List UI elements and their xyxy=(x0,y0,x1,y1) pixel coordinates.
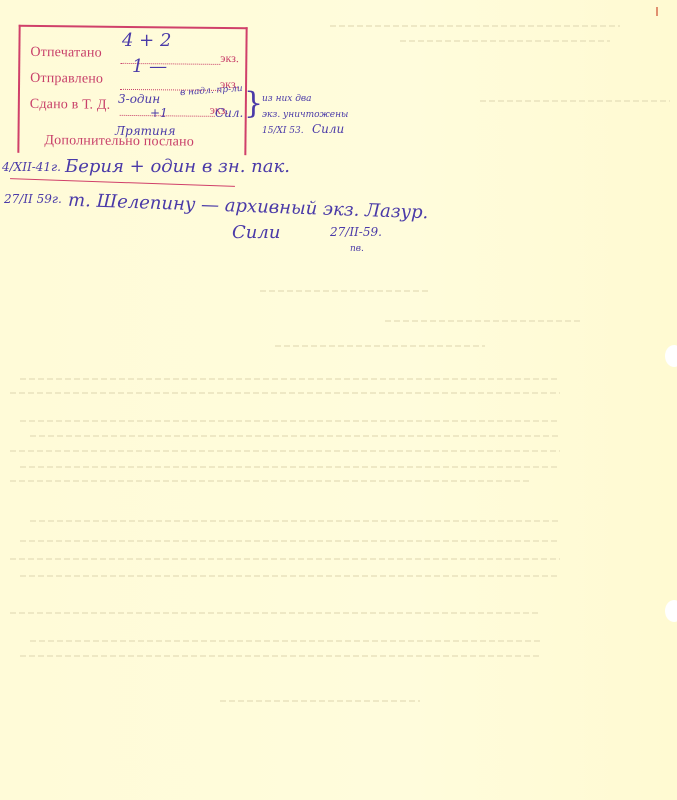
entry-1-text: Берия + один в зн. пак. xyxy=(65,156,290,177)
entry-2-signature: Сили xyxy=(232,222,280,243)
ghost-text-line xyxy=(400,40,610,42)
ghost-text-line xyxy=(30,435,560,437)
ghost-text-line xyxy=(20,575,560,577)
document-page: Отпечатано экз. Отправлено экз. Сдано в … xyxy=(0,0,677,800)
ghost-text-line xyxy=(10,392,560,394)
entry-2-initials: пв. xyxy=(350,244,364,254)
ghost-text-line xyxy=(10,612,540,614)
entry-2-date: 27/II 59г. xyxy=(4,192,62,206)
handwritten-sent-count: 1 — xyxy=(132,56,167,77)
ghost-text-line xyxy=(330,25,620,27)
side-note-line-1: из них два xyxy=(262,94,312,104)
ghost-text-line xyxy=(20,378,560,380)
ghost-text-line xyxy=(275,345,485,347)
entry-2-signed-date: 27/II-59. xyxy=(330,225,382,239)
ghost-text-line xyxy=(220,700,420,702)
handwritten-signature: Лрятиня xyxy=(115,124,176,138)
stamp-unit: экз. xyxy=(220,51,239,66)
ghost-text-line xyxy=(385,320,580,322)
entry-2-text: т. Шелепину — архивный экз. Лазур. xyxy=(68,190,429,224)
handwritten-tdo-sign: Сил. xyxy=(215,106,243,120)
ghost-text-line xyxy=(20,420,560,422)
corner-mark xyxy=(656,7,658,16)
stamp-label-sent: Отправлено xyxy=(30,71,103,88)
red-underline xyxy=(10,178,235,187)
punch-hole xyxy=(665,600,677,622)
stamp-label-tdo: Сдано в Т. Д. xyxy=(30,97,111,114)
handwritten-tdo-count: 3-один xyxy=(118,92,160,106)
ghost-text-line xyxy=(20,540,560,542)
side-note-signature: Сили xyxy=(312,122,344,136)
handwritten-tdo-extra: +1 xyxy=(150,106,168,120)
ghost-text-line xyxy=(20,655,540,657)
side-note-line-2: экз. уничтожены xyxy=(262,110,348,120)
ghost-text-line xyxy=(30,640,540,642)
stamp-label-printed: Отпечатано xyxy=(30,45,102,62)
side-note-date: 15/XI 53. xyxy=(262,126,304,136)
ghost-text-line xyxy=(20,466,560,468)
entry-1-date: 4/XII-41г. xyxy=(2,160,61,174)
ghost-text-line xyxy=(30,520,560,522)
ghost-text-line xyxy=(260,290,430,292)
handwritten-printed-count: 4 + 2 xyxy=(122,30,171,51)
punch-hole xyxy=(665,345,677,367)
ghost-text-line xyxy=(10,558,560,560)
ghost-text-line xyxy=(480,100,670,102)
ghost-text-line xyxy=(10,450,560,452)
ghost-text-line xyxy=(10,480,530,482)
brace-mark: } xyxy=(244,86,263,121)
